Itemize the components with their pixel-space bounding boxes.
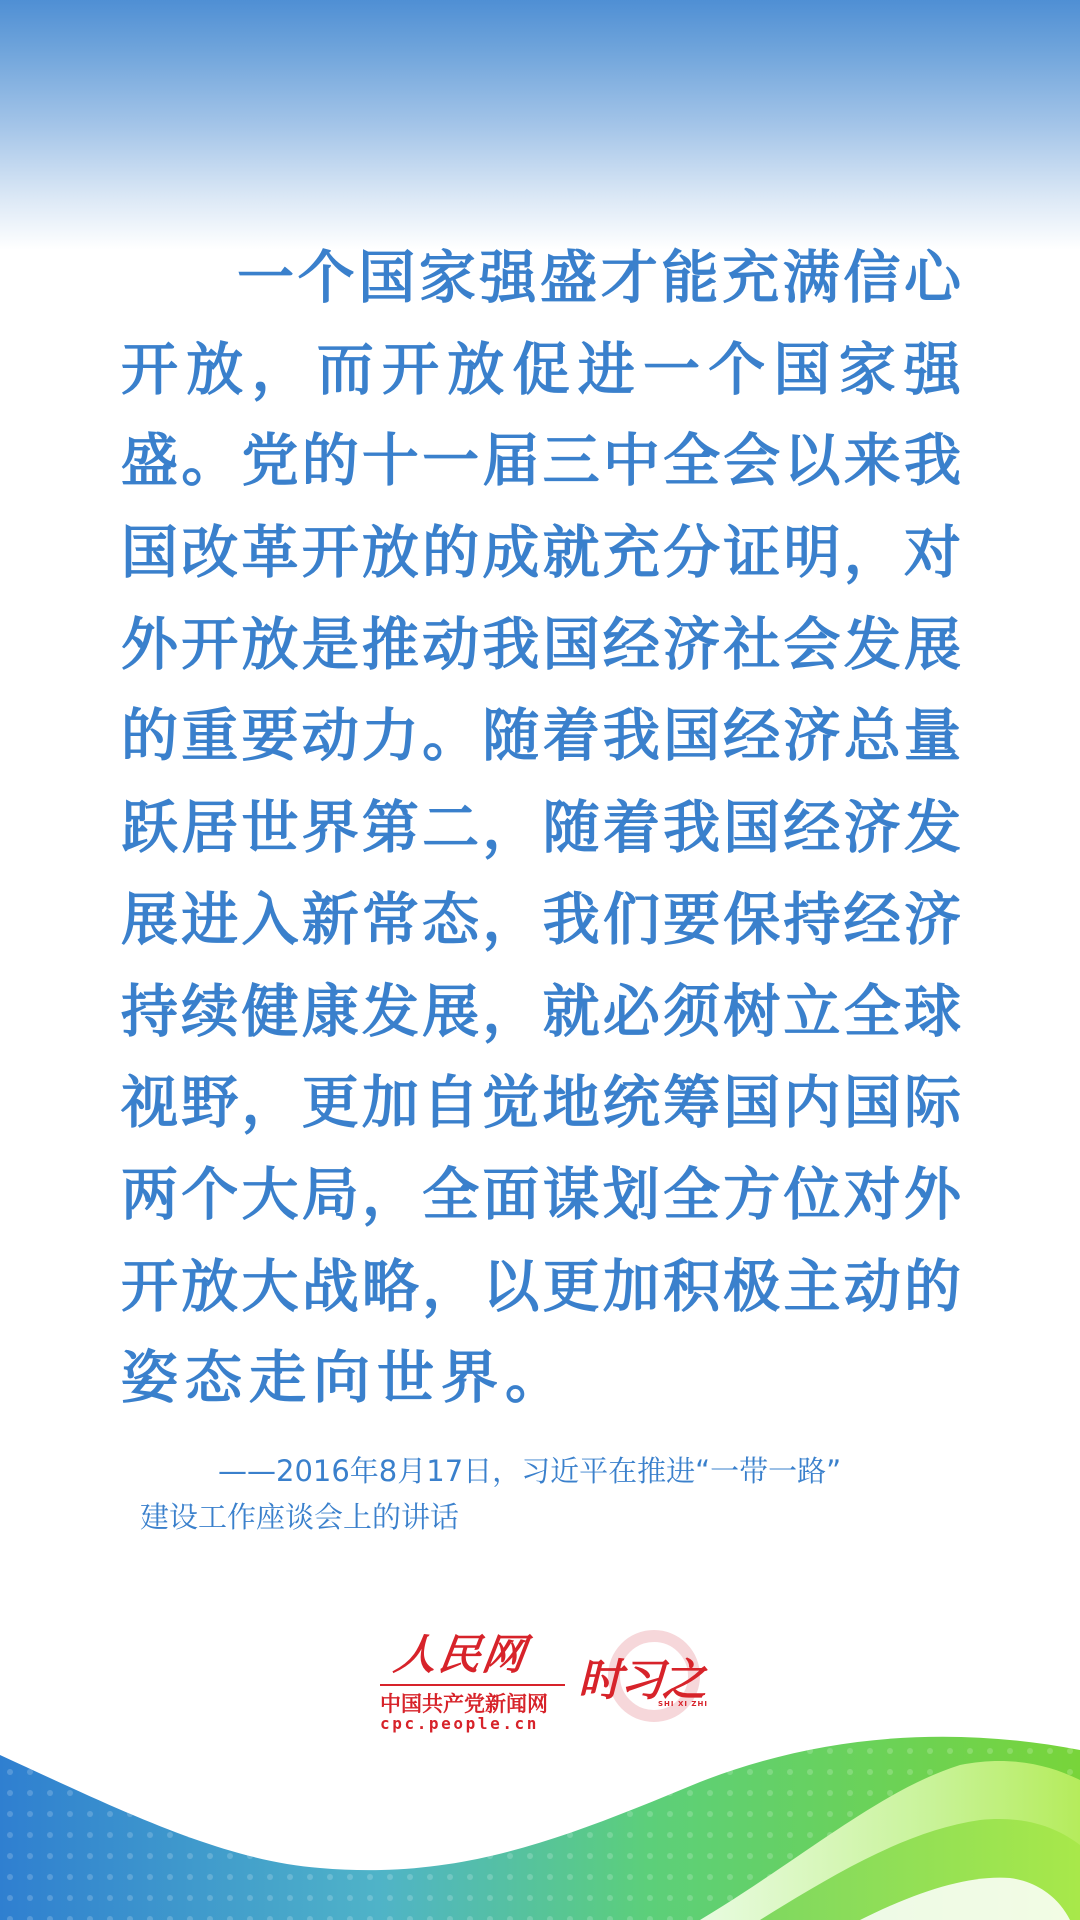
- quote-line: 一个国家强盛才能充满信心: [121, 232, 961, 324]
- quote-line: 开放，而开放促进一个国家强: [121, 324, 961, 416]
- quote-line: 展进入新常态，我们要保持经济: [121, 874, 961, 966]
- people-daily-logo: 人民网 中国共产党新闻网 cpc.people.cn: [375, 1620, 565, 1735]
- quote-line: 国改革开放的成就充分证明，对: [121, 507, 961, 599]
- shixizhi-pinyin: SHI XI ZHI: [658, 1700, 708, 1708]
- attribution: ——2016年8月17日，习近平在推进“一带一路” 建设工作座谈会上的讲话: [140, 1448, 940, 1540]
- quote-line: 视野，更加自觉地统筹国内国际: [121, 1057, 961, 1149]
- attribution-occasion: 建设工作座谈会上的讲话: [140, 1494, 940, 1540]
- quote-line: 两个大局，全面谋划全方位对外: [121, 1149, 961, 1241]
- people-logo-calligraphy: 人民网: [391, 1622, 569, 1682]
- quote-line: 跃居世界第二，随着我国经济发: [121, 782, 961, 874]
- quote-line: 的重要动力。随着我国经济总量: [121, 690, 961, 782]
- top-gradient-background: [0, 0, 1080, 250]
- decorative-wave: [0, 1720, 1080, 1920]
- quote-line: 开放大战略，以更加积极主动的: [121, 1241, 961, 1333]
- shixizhi-title: 时习之: [578, 1644, 704, 1708]
- quote-text: 一个国家强盛才能充满信心 开放，而开放促进一个国家强 盛。党的十一届三中全会以来…: [121, 232, 961, 1424]
- attribution-source: ——2016年8月17日，习近平在推进“一带一路”: [140, 1448, 940, 1494]
- people-logo-divider: [380, 1684, 565, 1686]
- quote-line: 外开放是推动我国经济社会发展: [121, 599, 961, 691]
- quote-line: 姿态走向世界。: [121, 1332, 961, 1424]
- quote-line: 盛。党的十一届三中全会以来我: [121, 415, 961, 507]
- quote-line: 持续健康发展，就必须树立全球: [121, 966, 961, 1058]
